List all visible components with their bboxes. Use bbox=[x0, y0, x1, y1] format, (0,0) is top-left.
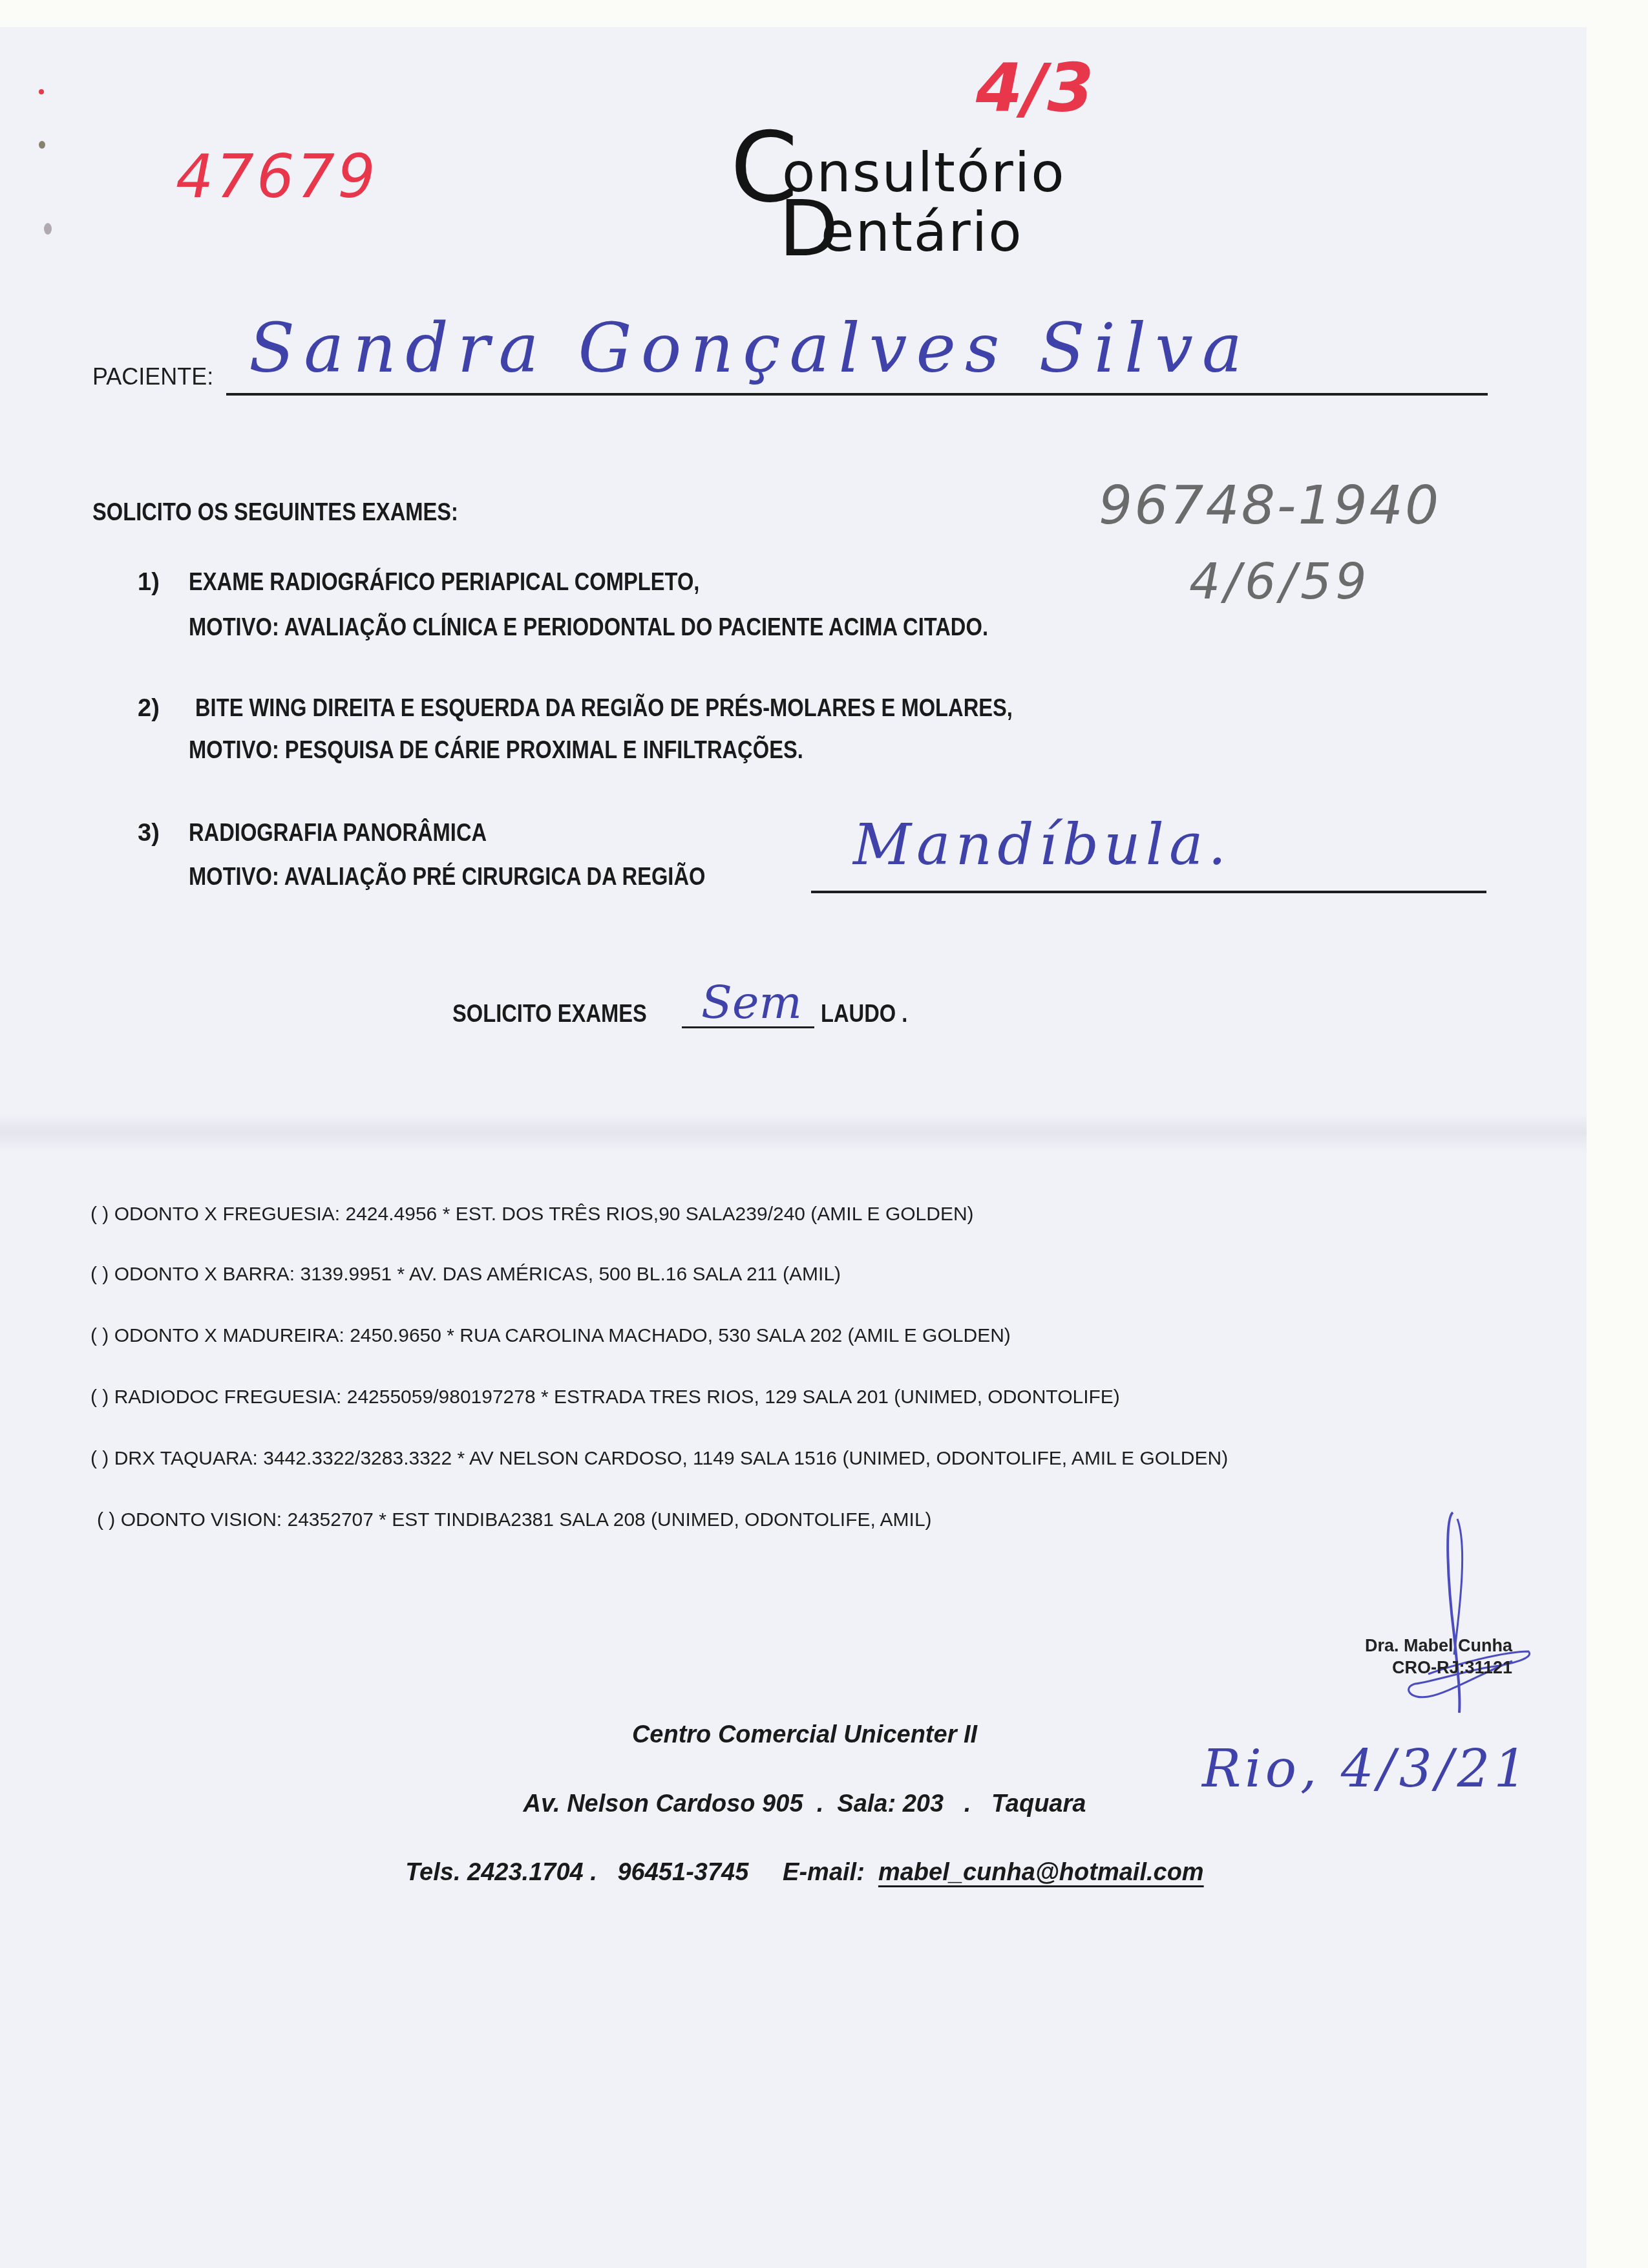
footer-email-link[interactable]: mabel_cunha@hotmail.com bbox=[878, 1859, 1204, 1886]
exam-1-number: 1) bbox=[138, 569, 160, 597]
lab-option-6[interactable]: ( ) ODONTO VISION: 24352707 * EST TINDIB… bbox=[97, 1509, 932, 1531]
exam-1-reason: MOTIVO: AVALIAÇÃO CLÍNICA E PERIODONTAL … bbox=[189, 614, 988, 642]
date-pencil-note: 4/6/59 bbox=[1189, 553, 1371, 610]
handwritten-signature bbox=[1357, 1506, 1551, 1713]
lab-option-2[interactable]: ( ) ODONTO X BARRA: 3139.9951 * AV. DAS … bbox=[90, 1264, 841, 1286]
footer-building: Centro Comercial Unicenter II bbox=[0, 1721, 1629, 1749]
exam-3-title: RADIOGRAFIA PANORÂMICA bbox=[189, 820, 487, 847]
exam-2-reason: MOTIVO: PESQUISA DE CÁRIE PROXIMAL E INF… bbox=[189, 737, 803, 765]
patient-name-field[interactable]: Sandra Gonçalves Silva bbox=[249, 309, 1251, 388]
lab-option-4[interactable]: ( ) RADIODOC FREGUESIA: 24255059/9801972… bbox=[90, 1386, 1120, 1408]
doctor-name: Dra. Mabel Cunha bbox=[1318, 1635, 1512, 1657]
lab-option-3[interactable]: ( ) ODONTO X MADUREIRA: 2450.9650 * RUA … bbox=[90, 1325, 1011, 1347]
red-ink-speck bbox=[39, 89, 44, 94]
footer-address: Av. Nelson Cardoso 905 . Sala: 203 . Taq… bbox=[0, 1790, 1629, 1818]
phone-pencil-note: 96748-1940 bbox=[1099, 475, 1441, 536]
paper-fold-crease bbox=[0, 1113, 1587, 1152]
exam-3-number: 3) bbox=[138, 820, 160, 847]
exam-3-reason: MOTIVO: AVALIAÇÃO PRÉ CIRURGICA DA REGIÃ… bbox=[189, 864, 705, 891]
region-rule bbox=[811, 891, 1486, 893]
report-field[interactable]: Sem bbox=[701, 976, 802, 1029]
exam-1-title: EXAME RADIOGRÁFICO PERIAPICAL COMPLETO, bbox=[189, 569, 699, 597]
record-number-annotation: 47679 bbox=[176, 142, 378, 211]
patient-name-rule bbox=[226, 393, 1488, 396]
footer-contact: Tels. 2423.1704 . 96451-3745 E-mail: mab… bbox=[0, 1859, 1629, 1887]
logo-word-dentario: entário bbox=[821, 205, 1023, 259]
signature-block: Dra. Mabel Cunha CRO-RJ:31121 bbox=[1318, 1635, 1512, 1679]
region-field[interactable]: Mandíbula. bbox=[853, 811, 1231, 878]
report-prefix: SOLICITO EXAMES bbox=[452, 1001, 647, 1028]
report-suffix: LAUDO . bbox=[821, 1001, 907, 1028]
lab-option-1[interactable]: ( ) ODONTO X FREGUESIA: 2424.4956 * EST.… bbox=[90, 1203, 974, 1225]
exam-request-heading: SOLICITO OS SEGUINTES EXAMES: bbox=[92, 499, 458, 527]
top-red-annotation: 4/3 bbox=[976, 48, 1094, 127]
exam-2-number: 2) bbox=[138, 695, 160, 723]
clinic-logo: C onsultório D entário bbox=[730, 120, 838, 262]
patient-label: PACIENTE: bbox=[92, 363, 213, 390]
exam-2-title: BITE WING DIREITA E ESQUERDA DA REGIÃO D… bbox=[195, 695, 1013, 723]
lab-option-5[interactable]: ( ) DRX TAQUARA: 3442.3322/3283.3322 * A… bbox=[90, 1448, 1228, 1470]
paper-speck bbox=[39, 141, 45, 149]
paper-speck bbox=[44, 223, 52, 235]
doctor-registration: CRO-RJ:31121 bbox=[1318, 1657, 1512, 1679]
footer-phones: Tels. 2423.1704 . 96451-3745 E-mail: bbox=[405, 1859, 878, 1886]
